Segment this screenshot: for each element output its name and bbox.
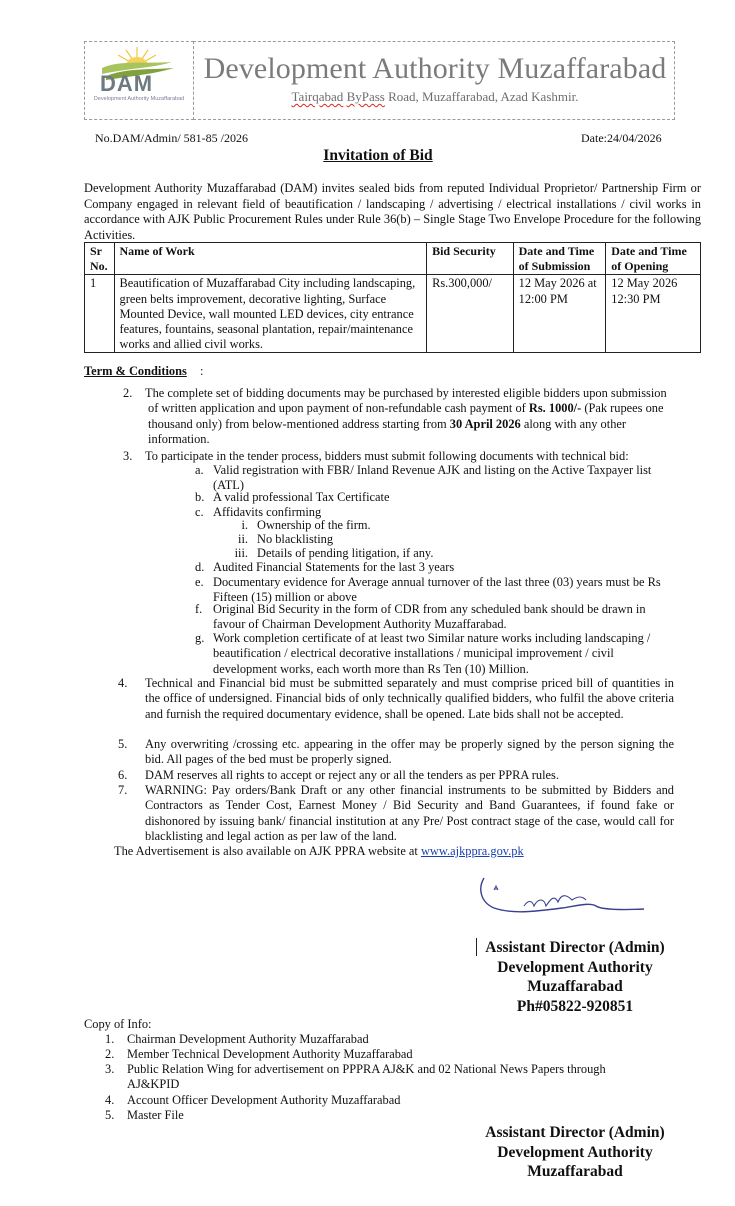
sublist-item: Work completion certificate of at least … (213, 631, 673, 677)
signatory-phone: Ph#05822-920851 (475, 997, 675, 1017)
cell-security: Rs.300,000/ (427, 275, 514, 353)
affidavit-item: Details of pending litigation, if any. (257, 546, 657, 561)
signatory-title: Assistant Director (Admin) (475, 938, 675, 958)
sublist-number: b. (195, 490, 204, 505)
cell-sr: 1 (85, 275, 115, 353)
header-opening: Date and Time of Opening (606, 243, 701, 275)
letter-date: Date:24/04/2026 (581, 131, 662, 146)
copy-item: Member Technical Development Authority M… (127, 1047, 652, 1062)
ajkppra-link[interactable]: www.ajkppra.gov.pk (421, 844, 524, 858)
affidavit-item: No blacklisting (257, 532, 657, 547)
header-name-of-work: Name of Work (114, 243, 427, 275)
signatory-org: Development Authority (475, 958, 675, 978)
sublist-number: c. (195, 505, 204, 520)
term-text: Technical and Financial bid must be subm… (145, 676, 674, 722)
reference-number: No.DAM/Admin/ 581-85 /2026 (95, 131, 248, 146)
copy-number: 1. (105, 1032, 114, 1047)
sublist-number: f. (195, 602, 202, 617)
organization-title: Development Authority Muzaffarabad (200, 52, 670, 86)
organization-address: Tairqabad ByPass Road, Muzaffarabad, Aza… (200, 89, 670, 105)
sublist-item: A valid professional Tax Certificate (213, 490, 673, 505)
sublist-item: Valid registration with FBR/ Inland Reve… (213, 463, 673, 494)
bold-fee: Rs. 1000/- (529, 401, 581, 415)
term-number: 5. (118, 737, 127, 752)
copy-item: Chairman Development Authority Muzaffara… (127, 1032, 652, 1047)
term-2-number: 2. (123, 386, 132, 401)
signatory-city-2: Muzaffarabad (475, 1162, 675, 1182)
terms-heading-text: Term & Conditions (84, 364, 187, 378)
copy-item: Account Officer Development Authority Mu… (127, 1093, 652, 1108)
table-row: 1 Beautification of Muzaffarabad City in… (85, 275, 701, 353)
term-3-text: To participate in the tender process, bi… (145, 449, 685, 464)
page-title: Invitation of Bid (0, 147, 735, 165)
sublist-number: g. (195, 631, 204, 646)
sublist-item: Documentary evidence for Average annual … (213, 575, 673, 606)
signatory-title-2: Assistant Director (Admin) (475, 1123, 675, 1143)
term-number: 7. (118, 783, 127, 798)
term-number: 4. (118, 676, 127, 691)
term-text: DAM reserves all rights to accept or rej… (145, 768, 674, 783)
sublist-number: a. (195, 463, 204, 478)
term-number: 6. (118, 768, 127, 783)
sublist-item: Audited Financial Statements for the las… (213, 560, 673, 575)
term-3-number: 3. (123, 449, 132, 464)
logo-text: DAM (100, 71, 153, 97)
logo-subtext: Development Authority Muzaffarabad (92, 96, 186, 102)
sublist-number: d. (195, 560, 204, 575)
copy-number: 3. (105, 1062, 114, 1077)
signatory-org-2: Development Authority (475, 1143, 675, 1163)
term-text: Any overwriting /crossing etc. appearing… (145, 737, 674, 768)
bid-table: Sr No. Name of Work Bid Security Date an… (84, 242, 701, 353)
signature-icon (472, 872, 652, 924)
advert-text: The Advertisement is also available on A… (114, 844, 421, 858)
header-bid-security: Bid Security (427, 243, 514, 275)
affidavit-number: iii. (228, 546, 248, 561)
cell-opening: 12 May 2026 12:30 PM (606, 275, 701, 353)
bold-start-date: 30 April 2026 (450, 417, 521, 431)
term-2-text: The complete set of bidding documents ma… (145, 386, 675, 447)
table-header-row: Sr No. Name of Work Bid Security Date an… (85, 243, 701, 275)
signatory-city: Muzaffarabad (475, 977, 675, 997)
copy-number: 5. (105, 1108, 114, 1123)
sublist-number: e. (195, 575, 204, 590)
copy-item: Master File (127, 1108, 652, 1123)
cell-submission: 12 May 2026 at 12:00 PM (513, 275, 606, 353)
copy-number: 4. (105, 1093, 114, 1108)
copy-number: 2. (105, 1047, 114, 1062)
affidavit-item: Ownership of the firm. (257, 518, 657, 533)
advert-line: The Advertisement is also available on A… (114, 844, 524, 859)
signatory-block-2: Assistant Director (Admin) Development A… (475, 1123, 675, 1182)
sublist-item: Original Bid Security in the form of CDR… (213, 602, 673, 633)
copy-item: Public Relation Wing for advertisement o… (127, 1062, 652, 1093)
terms-heading-colon: : (200, 364, 203, 379)
affidavit-number: ii. (228, 532, 248, 547)
cell-work: Beautification of Muzaffarabad City incl… (114, 275, 427, 353)
header-sr-no: Sr No. (85, 243, 115, 275)
terms-heading: Term & Conditions (84, 364, 187, 379)
header-submission: Date and Time of Submission (513, 243, 606, 275)
affidavit-number: i. (228, 518, 248, 533)
signatory-block: Assistant Director (Admin) Development A… (475, 938, 675, 1016)
copy-heading: Copy of Info: (84, 1017, 151, 1032)
term-text: WARNING: Pay orders/Bank Draft or any ot… (145, 783, 674, 844)
intro-paragraph: Development Authority Muzaffarabad (DAM)… (84, 181, 701, 243)
